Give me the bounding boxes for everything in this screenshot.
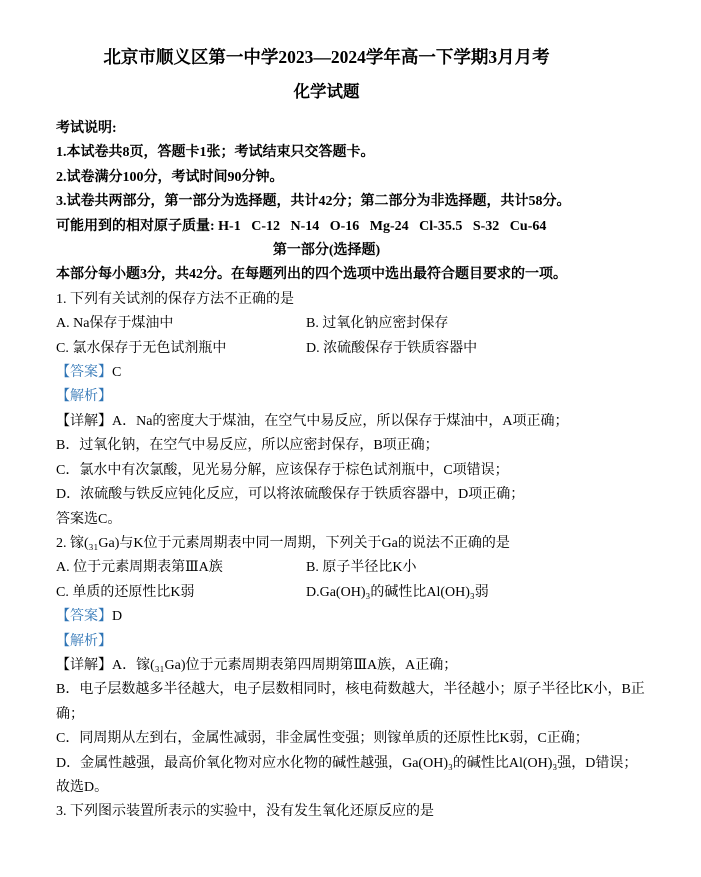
q1-detail-c: C．氯水中有次氯酸，见光易分解，应该保存于棕色试剂瓶中，C项错误；	[56, 459, 645, 483]
exam-rule-1: 1.本试卷共8页，答题卡1张；考试结束只交答题卡。	[56, 141, 645, 165]
q1-detail-d: D．浓硫酸与铁反应钝化反应，可以将浓硫酸保存于铁质容器中，D项正确；	[56, 483, 645, 507]
exam-rule-2: 2.试卷满分100分，考试时间90分钟。	[56, 166, 645, 190]
q1-conclusion: 答案选C。	[56, 508, 645, 532]
q1-analysis-label: 【解析】	[56, 389, 112, 404]
q2-option-d: D.Ga(OH)₃的碱性比Al(OH)₃弱	[306, 581, 645, 605]
q1-option-a: A. Na保存于煤油中	[56, 312, 306, 336]
section-one-heading: 第一部分(选择题)	[56, 239, 645, 263]
q2-detail-b: B．电子层数越多半径越大，电子层数相同时，核电荷数越大，半径越小；原子半径比K小…	[56, 678, 645, 727]
q2-detail-d: D．金属性越强，最高价氧化物对应水化物的碱性越强，Ga(OH)₃的碱性比Al(O…	[56, 752, 645, 776]
q1-answer-line: 【答案】C	[56, 361, 645, 385]
q2-detail-c: C．同周期从左到右，金属性减弱，非金属性变强；则镓单质的还原性比K弱，C正确；	[56, 727, 645, 751]
q2-answer-value: D	[112, 609, 122, 624]
q1-option-d: D. 浓硫酸保存于铁质容器中	[306, 337, 645, 361]
q1-answer-label: 【答案】	[56, 365, 112, 380]
q2-answer-line: 【答案】D	[56, 605, 645, 629]
q1-stem: 1. 下列有关试剂的保存方法不正确的是	[56, 288, 645, 312]
q2-analysis-label: 【解析】	[56, 634, 112, 649]
q1-option-c: C. 氯水保存于无色试剂瓶中	[56, 337, 306, 361]
q2-conclusion: 故选D。	[56, 776, 645, 800]
q2-answer-label: 【答案】	[56, 609, 112, 624]
exam-subject-title: 化学试题	[56, 82, 645, 102]
q2-option-c: C. 单质的还原性比K弱	[56, 581, 306, 605]
q2-detail-a: 【详解】A．镓(₃₁Ga)位于元素周期表第四周期第ⅢA族，A正确；	[56, 654, 645, 678]
q1-options-row-ab: A. Na保存于煤油中 B. 过氧化钠应密封保存	[56, 312, 645, 336]
exam-notes-heading: 考试说明:	[56, 117, 645, 141]
q1-answer-value: C	[112, 365, 121, 380]
exam-document-page: 北京市顺义区第一中学2023—2024学年高一下学期3月月考 化学试题 考试说明…	[0, 0, 701, 877]
section-one-instructions: 本部分每小题3分，共42分。在每题列出的四个选项中选出最符合题目要求的一项。	[56, 263, 645, 287]
atomic-masses-line: 可能用到的相对原子质量: H-1 C-12 N-14 O-16 Mg-24 Cl…	[56, 215, 645, 239]
q1-detail-a: 【详解】A．Na的密度大于煤油，在空气中易反应，所以保存于煤油中，A项正确；	[56, 410, 645, 434]
q3-stem: 3. 下列图示装置所表示的实验中，没有发生氧化还原反应的是	[56, 800, 645, 824]
q1-analysis-line: 【解析】	[56, 385, 645, 409]
q2-analysis-line: 【解析】	[56, 630, 645, 654]
q2-stem: 2. 镓(₃₁Ga)与K位于元素周期表中同一周期，下列关于Ga的说法不正确的是	[56, 532, 645, 556]
q1-option-b: B. 过氧化钠应密封保存	[306, 312, 645, 336]
exam-title: 北京市顺义区第一中学2023—2024学年高一下学期3月月考	[56, 46, 645, 68]
q1-detail-b: B．过氧化钠，在空气中易反应，所以应密封保存，B项正确；	[56, 434, 645, 458]
exam-rule-3: 3.试卷共两部分，第一部分为选择题，共计42分；第二部分为非选择题，共计58分。	[56, 190, 645, 214]
q1-options-row-cd: C. 氯水保存于无色试剂瓶中 D. 浓硫酸保存于铁质容器中	[56, 337, 645, 361]
q2-option-b: B. 原子半径比K小	[306, 556, 645, 580]
q2-options-row-ab: A. 位于元素周期表第ⅢA族 B. 原子半径比K小	[56, 556, 645, 580]
q2-options-row-cd: C. 单质的还原性比K弱 D.Ga(OH)₃的碱性比Al(OH)₃弱	[56, 581, 645, 605]
document-body: 考试说明: 1.本试卷共8页，答题卡1张；考试结束只交答题卡。 2.试卷满分10…	[56, 117, 645, 825]
q2-option-a: A. 位于元素周期表第ⅢA族	[56, 556, 306, 580]
